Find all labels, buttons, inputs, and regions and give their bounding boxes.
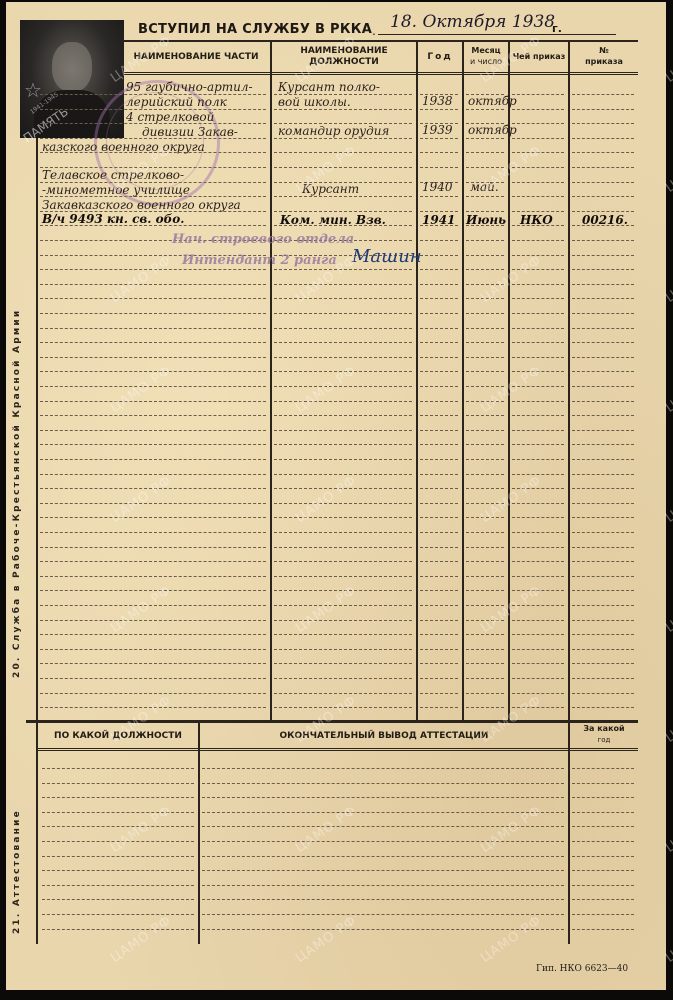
- ruled-line: [466, 109, 504, 110]
- ruled-line: [572, 856, 634, 857]
- ruled-line: [572, 444, 634, 445]
- watermark-text: ЦАМО РФ: [663, 473, 673, 526]
- ruled-line: [572, 182, 634, 183]
- ruled-line: [40, 503, 266, 504]
- watermark-text: ЦАМО РФ: [108, 913, 174, 966]
- ruled-line: [42, 870, 194, 871]
- ruled-line: [40, 678, 266, 679]
- ruled-line: [420, 313, 458, 314]
- ruled-line: [466, 196, 504, 197]
- ruled-line: [202, 914, 564, 915]
- ruled-line: [512, 503, 564, 504]
- row1-year: 1938: [422, 94, 453, 108]
- ruled-line: [420, 430, 458, 431]
- header-bottom-border: [120, 72, 638, 75]
- ruled-line: [512, 649, 564, 650]
- ruled-line: [572, 812, 634, 813]
- ruled-line: [274, 298, 412, 299]
- ruled-line: [466, 547, 504, 548]
- ruled-line: [512, 298, 564, 299]
- header-order-no-line2: приказа: [570, 57, 638, 67]
- ruled-line: [512, 474, 564, 475]
- ruled-line: [512, 182, 564, 183]
- ruled-line: [512, 444, 564, 445]
- ruled-line: [572, 167, 634, 168]
- ruled-line: [274, 328, 412, 329]
- ruled-line: [40, 532, 266, 533]
- ruled-line: [274, 693, 412, 694]
- ruled-line: [420, 459, 458, 460]
- ruled-line: [274, 561, 412, 562]
- section21-label: 21. Аттестование: [12, 809, 22, 934]
- ruled-line: [420, 167, 458, 168]
- ruled-line: [572, 386, 634, 387]
- ruled-line: [420, 284, 458, 285]
- row1-month: октябр: [468, 94, 517, 108]
- watermark-text: ЦАМО РФ: [663, 33, 673, 86]
- ruled-line: [202, 870, 564, 871]
- watermark-text: ЦАМО РФ: [478, 913, 544, 966]
- ruled-line: [202, 856, 564, 857]
- ruled-line: [572, 885, 634, 886]
- ruled-line: [572, 547, 634, 548]
- print-code: Гип. НКО 6623—40: [536, 964, 628, 974]
- ruled-line: [466, 649, 504, 650]
- ruled-line: [420, 561, 458, 562]
- ruled-line: [420, 415, 458, 416]
- row1-position-line1: Курсант полко-: [278, 80, 380, 94]
- ruled-line: [512, 328, 564, 329]
- row4-order-no: 00216.: [582, 213, 628, 227]
- ruled-line: [512, 109, 564, 110]
- ruled-line: [420, 576, 458, 577]
- star-icon: ☆: [24, 78, 42, 102]
- ruled-line: [572, 269, 634, 270]
- row4-whose-order: НКО: [520, 213, 553, 227]
- ruled-line: [572, 196, 634, 197]
- ruled-line: [420, 605, 458, 606]
- ruled-line: [512, 401, 564, 402]
- ruled-line: [274, 547, 412, 548]
- ruled-line: [42, 797, 194, 798]
- ruled-line: [274, 532, 412, 533]
- ruled-line: [40, 444, 266, 445]
- ruled-line: [572, 678, 634, 679]
- ruled-line: [512, 284, 564, 285]
- ruled-line: [466, 590, 504, 591]
- ruled-line: [572, 561, 634, 562]
- ruled-line: [512, 415, 564, 416]
- ruled-line: [40, 284, 266, 285]
- ruled-line: [40, 415, 266, 416]
- title-date-underline: [378, 34, 616, 35]
- ruled-line: [40, 328, 266, 329]
- ruled-line: [572, 663, 634, 664]
- ruled-line: [420, 707, 458, 708]
- row1-unit-line5: казского военного округа: [42, 140, 205, 154]
- header-attestation-year-line2: год: [570, 735, 638, 745]
- ruled-line: [202, 783, 564, 784]
- ruled-line: [572, 826, 634, 827]
- ruled-line: [202, 899, 564, 900]
- ruled-line: [274, 313, 412, 314]
- ruled-line: [512, 138, 564, 139]
- ruled-line: [512, 517, 564, 518]
- ruled-line: [572, 707, 634, 708]
- ruled-line: [466, 488, 504, 489]
- ruled-line: [40, 576, 266, 577]
- row4-month: Июнь: [466, 213, 506, 227]
- col-divider-3: [462, 42, 464, 720]
- ruled-line: [420, 196, 458, 197]
- ruled-line: [274, 576, 412, 577]
- section21-left-border: [36, 722, 38, 944]
- ruled-line: [274, 444, 412, 445]
- ruled-line: [572, 503, 634, 504]
- ruled-line: [466, 371, 504, 372]
- ruled-line: [40, 459, 266, 460]
- watermark-text: ЦАМО РФ: [663, 253, 673, 306]
- ruled-line: [202, 929, 564, 930]
- ruled-line: [512, 663, 564, 664]
- ruled-line: [466, 255, 504, 256]
- page-title: ВСТУПИЛ НА СЛУЖБУ В РККА: [138, 22, 372, 37]
- row2-month: октябр: [468, 123, 517, 137]
- ruled-line: [466, 138, 504, 139]
- row3-unit-line3: Закавказского военного округа: [42, 198, 241, 212]
- ruled-line: [512, 123, 564, 124]
- row1-unit-line3: 4 стрелковой: [126, 110, 214, 124]
- document-page: ☆ 1941-1945 ПАМЯТЬ ВСТУПИЛ НА СЛУЖБУ В Р…: [6, 2, 666, 990]
- ruled-line: [572, 693, 634, 694]
- section20-left-border: [36, 138, 38, 720]
- ruled-line: [42, 929, 194, 930]
- row1-unit-line1: 95 гаубично-артил-: [126, 80, 253, 94]
- ruled-line: [274, 430, 412, 431]
- ruled-line: [572, 211, 634, 212]
- ruled-line: [274, 649, 412, 650]
- ruled-line: [572, 328, 634, 329]
- ruled-line: [572, 240, 634, 241]
- ruled-line: [572, 783, 634, 784]
- ruled-line: [572, 459, 634, 460]
- ruled-line: [42, 768, 194, 769]
- header-position-line2: ДОЛЖНОСТИ: [272, 57, 416, 67]
- service-start-date: 18. Октября 1938: [390, 12, 555, 32]
- ruled-line: [512, 430, 564, 431]
- ruled-line: [572, 634, 634, 635]
- ruled-line: [572, 357, 634, 358]
- ruled-line: [466, 328, 504, 329]
- ruled-line: [40, 634, 266, 635]
- ruled-line: [274, 342, 412, 343]
- ruled-line: [420, 620, 458, 621]
- ruled-line: [202, 885, 564, 886]
- header-order-no-line1: №: [570, 46, 638, 56]
- ruled-line: [274, 634, 412, 635]
- ruled-line: [42, 856, 194, 857]
- ruled-line: [572, 517, 634, 518]
- ruled-line: [572, 138, 634, 139]
- ruled-line: [466, 444, 504, 445]
- row4-year: 1941: [422, 213, 455, 227]
- ruled-line: [572, 841, 634, 842]
- ruled-line: [572, 590, 634, 591]
- ruled-line: [274, 211, 412, 212]
- ruled-line: [466, 576, 504, 577]
- ruled-line: [466, 357, 504, 358]
- section20-label: 20. Служба в Рабоче-Крестьянской Красной…: [12, 309, 22, 678]
- ruled-line: [274, 167, 412, 168]
- ruled-line: [572, 371, 634, 372]
- ruled-line: [512, 620, 564, 621]
- ruled-line: [202, 841, 564, 842]
- ruled-line: [572, 870, 634, 871]
- ruled-line: [466, 474, 504, 475]
- ruled-line: [420, 547, 458, 548]
- ruled-line: [512, 634, 564, 635]
- ruled-line: [512, 94, 564, 95]
- section21-col-divider-1: [198, 722, 200, 944]
- ruled-line: [40, 620, 266, 621]
- row1-unit-line2: лерийский полк: [126, 95, 227, 109]
- ruled-line: [572, 123, 634, 124]
- ruled-line: [512, 313, 564, 314]
- ruled-line: [420, 517, 458, 518]
- ruled-line: [572, 430, 634, 431]
- ruled-line: [512, 547, 564, 548]
- watermark-text: ЦАМО РФ: [663, 583, 673, 636]
- ruled-line: [572, 109, 634, 110]
- ruled-line: [420, 255, 458, 256]
- ruled-line: [572, 152, 634, 153]
- ruled-line: [420, 328, 458, 329]
- ruled-line: [466, 415, 504, 416]
- ruled-line: [512, 459, 564, 460]
- header-year: Год: [418, 52, 462, 62]
- ruled-line: [420, 474, 458, 475]
- watermark-text: ЦАМО РФ: [663, 803, 673, 856]
- col-divider-1: [270, 42, 272, 720]
- ruled-line: [512, 240, 564, 241]
- watermark-text: ЦАМО РФ: [293, 913, 359, 966]
- ruled-line: [40, 561, 266, 562]
- row2-year: 1939: [422, 123, 453, 137]
- ruled-line: [572, 415, 634, 416]
- ruled-line: [274, 474, 412, 475]
- ruled-line: [420, 663, 458, 664]
- ruled-line: [202, 768, 564, 769]
- ruled-line: [466, 459, 504, 460]
- ruled-line: [572, 620, 634, 621]
- table-top-border: [120, 40, 638, 42]
- header-attestation-year-line1: За какой: [570, 724, 638, 734]
- ruled-line: [42, 885, 194, 886]
- stamp-line-chief: Нач. строевого отдела: [172, 232, 354, 247]
- ruled-line: [40, 298, 266, 299]
- watermark-text: ЦАМО РФ: [663, 143, 673, 196]
- ruled-line: [572, 576, 634, 577]
- ruled-line: [420, 357, 458, 358]
- ruled-line: [40, 663, 266, 664]
- title-year-suffix: г.: [552, 22, 562, 35]
- ruled-line: [572, 94, 634, 95]
- ruled-line: [572, 605, 634, 606]
- ruled-line: [466, 707, 504, 708]
- row2-position: командир орудия: [278, 124, 389, 138]
- watermark-text: ЦАМО РФ: [663, 693, 673, 746]
- ruled-line: [420, 444, 458, 445]
- ruled-line: [274, 196, 412, 197]
- ruled-line: [40, 693, 266, 694]
- ruled-line: [572, 532, 634, 533]
- ruled-line: [420, 532, 458, 533]
- ruled-line: [466, 561, 504, 562]
- ruled-line: [420, 240, 458, 241]
- ruled-line: [572, 255, 634, 256]
- row1-unit-line4: дивизии Закав-: [142, 125, 238, 139]
- ruled-line: [466, 386, 504, 387]
- ruled-line: [572, 298, 634, 299]
- ruled-line: [202, 812, 564, 813]
- ruled-line: [512, 342, 564, 343]
- ruled-line: [572, 768, 634, 769]
- ruled-line: [572, 914, 634, 915]
- ruled-line: [42, 826, 194, 827]
- ruled-line: [40, 342, 266, 343]
- ruled-line: [42, 914, 194, 915]
- ruled-line: [274, 663, 412, 664]
- header-attestation-conclusion: ОКОНЧАТЕЛЬНЫЙ ВЫВОД АТТЕСТАЦИИ: [200, 731, 568, 741]
- ruled-line: [466, 605, 504, 606]
- header-month-line1: Месяц: [464, 46, 508, 56]
- ruled-line: [572, 313, 634, 314]
- ruled-line: [40, 357, 266, 358]
- ruled-line: [274, 415, 412, 416]
- ruled-line: [40, 313, 266, 314]
- ruled-line: [572, 649, 634, 650]
- ruled-line: [420, 503, 458, 504]
- section21-header-border: [36, 748, 638, 751]
- ruled-line: [40, 474, 266, 475]
- ruled-line: [420, 386, 458, 387]
- ruled-line: [572, 401, 634, 402]
- stamp-line-rank: Интендант 2 ранга: [182, 253, 337, 268]
- ruled-line: [466, 693, 504, 694]
- ruled-line: [466, 342, 504, 343]
- ruled-line: [572, 929, 634, 930]
- ruled-line: [466, 532, 504, 533]
- ruled-line: [466, 211, 504, 212]
- ruled-line: [420, 590, 458, 591]
- ruled-line: [274, 678, 412, 679]
- ruled-line: [420, 488, 458, 489]
- ruled-line: [420, 269, 458, 270]
- ruled-line: [274, 503, 412, 504]
- ruled-line: [274, 517, 412, 518]
- ruled-line: [572, 342, 634, 343]
- ruled-line: [420, 138, 458, 139]
- watermark-text: ЦАМО РФ: [663, 363, 673, 416]
- row4-unit: В/ч 9493 кн. св. обо.: [42, 212, 184, 226]
- ruled-line: [40, 649, 266, 650]
- row3-year: 1940: [422, 180, 453, 194]
- ruled-line: [420, 211, 458, 212]
- ruled-line: [572, 899, 634, 900]
- ruled-line: [420, 152, 458, 153]
- ruled-line: [466, 313, 504, 314]
- watermark-text: ЦАМО РФ: [478, 143, 544, 196]
- ruled-line: [40, 517, 266, 518]
- ruled-line: [512, 532, 564, 533]
- ruled-line: [420, 634, 458, 635]
- col-divider-5: [568, 42, 570, 720]
- ruled-line: [42, 899, 194, 900]
- row1-position-line2: вой школы.: [278, 95, 351, 109]
- ruled-line: [572, 488, 634, 489]
- ruled-line: [572, 474, 634, 475]
- ruled-line: [420, 649, 458, 650]
- ruled-line: [466, 430, 504, 431]
- ruled-line: [420, 371, 458, 372]
- ruled-line: [512, 211, 564, 212]
- ruled-line: [420, 109, 458, 110]
- ruled-line: [512, 357, 564, 358]
- ruled-line: [40, 401, 266, 402]
- ruled-line: [202, 797, 564, 798]
- ruled-line: [40, 430, 266, 431]
- ruled-line: [42, 783, 194, 784]
- ruled-line: [466, 663, 504, 664]
- ruled-line: [512, 196, 564, 197]
- ruled-line: [512, 693, 564, 694]
- ruled-line: [40, 547, 266, 548]
- ruled-line: [466, 269, 504, 270]
- ruled-line: [420, 678, 458, 679]
- ruled-line: [420, 298, 458, 299]
- ruled-line: [572, 284, 634, 285]
- ruled-line: [466, 240, 504, 241]
- ruled-line: [274, 357, 412, 358]
- ruled-line: [466, 152, 504, 153]
- ruled-line: [512, 576, 564, 577]
- ruled-line: [512, 678, 564, 679]
- officer-signature: Машин: [352, 246, 422, 267]
- ruled-line: [512, 561, 564, 562]
- ruled-line: [466, 678, 504, 679]
- section21-col-divider-2: [568, 722, 570, 944]
- ruled-line: [274, 620, 412, 621]
- ruled-line: [420, 693, 458, 694]
- col-divider-2: [416, 42, 418, 720]
- watermark-text: ЦАМО РФ: [663, 913, 673, 966]
- ruled-line: [420, 342, 458, 343]
- ruled-line: [274, 459, 412, 460]
- ruled-line: [572, 797, 634, 798]
- ruled-line: [420, 401, 458, 402]
- row4-position: Ком. мин. Взв.: [280, 213, 386, 227]
- ruled-line: [274, 284, 412, 285]
